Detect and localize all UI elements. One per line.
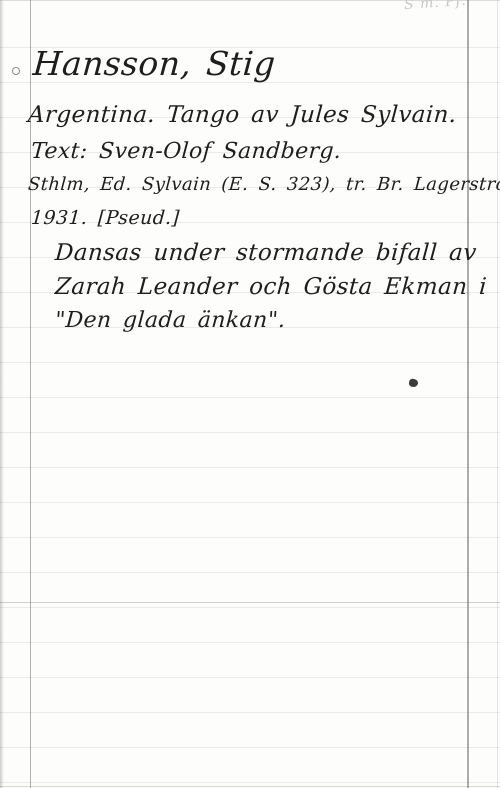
year-line: 1931. [Pseud.] bbox=[30, 209, 180, 228]
title-line: Argentina. Tango av Jules Sylvain. bbox=[27, 104, 457, 127]
ruled-line-darker bbox=[0, 602, 500, 603]
text-credit-line: Text: Sven-Olof Sandberg. bbox=[30, 141, 342, 163]
card-bottom-edge bbox=[0, 786, 500, 787]
ruled-lines bbox=[0, 13, 500, 788]
scan-edge-shadow bbox=[0, 0, 4, 788]
ink-dot bbox=[408, 378, 418, 388]
shelf-mark-pencil: S m. Pf. bbox=[404, 0, 468, 13]
note-line-1: Dansas under stormande bifall av bbox=[54, 242, 477, 265]
outer-right-rule bbox=[497, 0, 498, 788]
card-heading-name: Hansson, Stig bbox=[32, 47, 277, 80]
note-line-3: "Den glada änkan". bbox=[54, 310, 286, 332]
note-line-2: Zarah Leander och Gösta Ekman i bbox=[54, 276, 487, 299]
imprint-line: Sthlm, Ed. Sylvain (E. S. 323), tr. Br. … bbox=[27, 176, 500, 194]
catalog-card: S m. Pf. Hansson, Stig Argentina. Tango … bbox=[0, 0, 500, 788]
ring-mark bbox=[12, 67, 20, 75]
right-margin-rule bbox=[467, 0, 469, 788]
